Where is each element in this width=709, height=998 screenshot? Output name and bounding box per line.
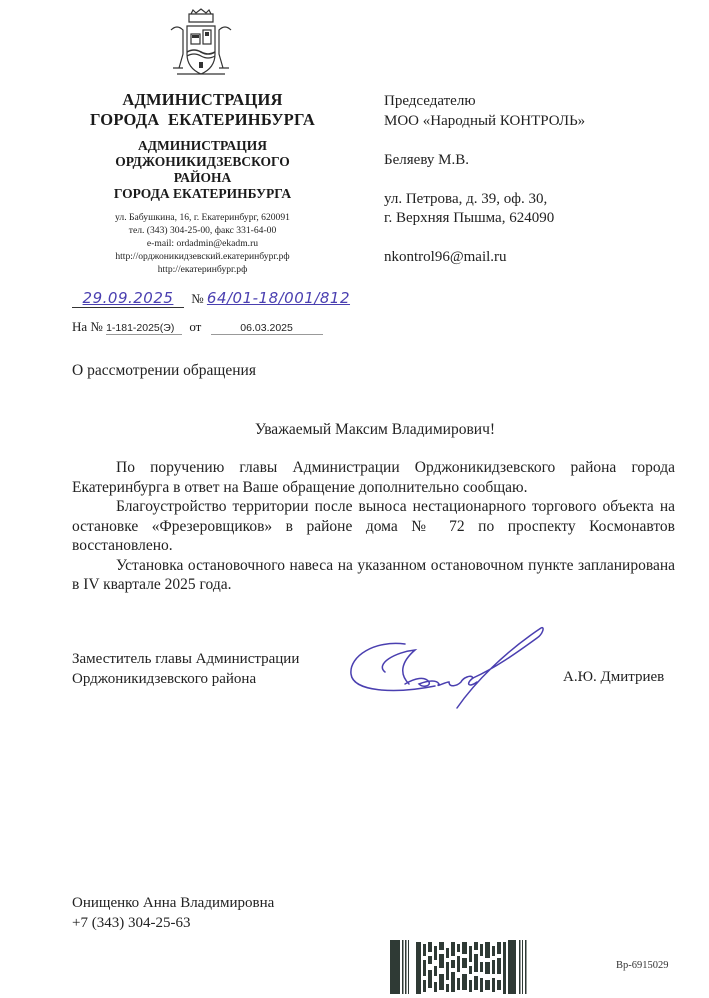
- dept-line2: ОРДЖОНИКИДЗЕВСКОГО: [70, 154, 335, 170]
- dept-line4: ГОРОДА ЕКАТЕРИНБУРГА: [70, 186, 335, 202]
- coat-of-arms-icon: [163, 8, 239, 84]
- dept-line3: РАЙОНА: [70, 170, 335, 186]
- body-paragraph: Установка остановочного навеса на указан…: [72, 556, 675, 595]
- org-site2: http://екатеринбург.рф: [70, 263, 335, 276]
- recipient-email: nkontrol96@mail.ru: [384, 248, 585, 268]
- signer-position: Заместитель главы Администрации Орджоник…: [72, 650, 299, 689]
- recipient-block: Председателю МОО «Народный КОНТРОЛЬ» Бел…: [384, 92, 585, 268]
- executor-block: Онищенко Анна Владимировна +7 (343) 304-…: [72, 894, 274, 933]
- signer-position-line2: Орджоникидзевского района: [72, 670, 299, 690]
- dept-title: АДМИНИСТРАЦИЯ ОРДЖОНИКИДЗЕВСКОГО РАЙОНА …: [70, 138, 335, 202]
- dept-line1: АДМИНИСТРАЦИЯ: [70, 138, 335, 154]
- document-code: Вр-6915029: [616, 960, 669, 971]
- org-address: ул. Бабушкина, 16, г. Екатеринбург, 6200…: [70, 211, 335, 224]
- handwritten-signature-icon: [345, 612, 555, 712]
- executor-name: Онищенко Анна Владимировна: [72, 894, 274, 914]
- org-site1: http://орджоникидзевский.екатеринбург.рф: [70, 250, 335, 263]
- ref-label: На №: [72, 319, 103, 334]
- org-email: e-mail: ordadmin@ekadm.ru: [70, 237, 335, 250]
- signer-name: А.Ю. Дмитриев: [563, 669, 664, 686]
- body-paragraph: По поручению главы Администрации Орджони…: [72, 458, 675, 497]
- recipient-line1: Председателю: [384, 92, 585, 112]
- ref-date: 06.03.2025: [211, 322, 323, 335]
- recipient-address2: г. Верхняя Пышма, 624090: [384, 209, 585, 229]
- org-title-line2: ГОРОДА ЕКАТЕРИНБУРГА: [70, 110, 335, 130]
- registration-date: 29.09.2025: [83, 289, 174, 307]
- recipient-name: Беляеву М.В.: [384, 151, 585, 171]
- body-paragraph: Благоустройство территории после выноса …: [72, 497, 675, 556]
- registration-number: 64/01-18/001/812: [207, 289, 350, 307]
- recipient-line2: МОО «Народный КОНТРОЛЬ»: [384, 112, 585, 132]
- reference-row: На № 1-181-2025(Э) от 06.03.2025: [72, 319, 372, 335]
- greeting: Уважаемый Максим Владимирович!: [0, 421, 709, 439]
- org-phone: тел. (343) 304-25-00, факс 331-64-00: [70, 224, 335, 237]
- org-contacts: ул. Бабушкина, 16, г. Екатеринбург, 6200…: [70, 211, 335, 276]
- pdf417-barcode-icon: [390, 940, 528, 994]
- org-title-line1: АДМИНИСТРАЦИЯ: [70, 90, 335, 110]
- executor-phone: +7 (343) 304-25-63: [72, 914, 274, 934]
- recipient-address1: ул. Петрова, д. 39, оф. 30,: [384, 190, 585, 210]
- signer-position-line1: Заместитель главы Администрации: [72, 650, 299, 670]
- registration-row: 29.09.2025 № 64/01-18/001/812: [72, 289, 362, 315]
- number-label: №: [191, 291, 203, 306]
- ref-number: 1-181-2025(Э): [106, 322, 182, 335]
- ref-from-label: от: [189, 319, 201, 334]
- letter-subject: О рассмотрении обращения: [72, 362, 256, 380]
- letter-body: По поручению главы Администрации Орджони…: [72, 458, 675, 595]
- org-title: АДМИНИСТРАЦИЯ ГОРОДА ЕКАТЕРИНБУРГА: [70, 90, 335, 130]
